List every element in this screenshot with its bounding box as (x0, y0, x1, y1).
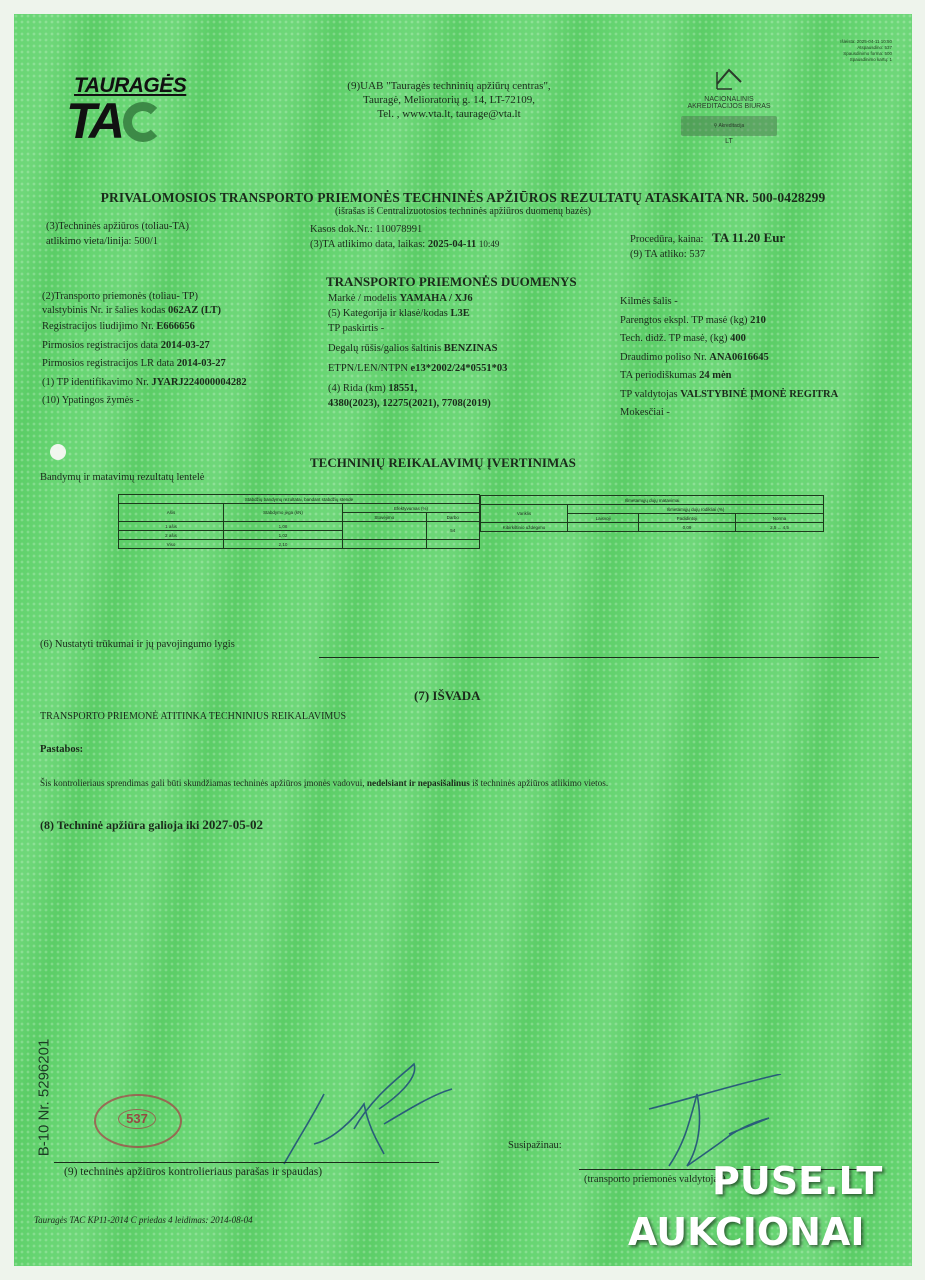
vin-value: JYARJ224000004282 (151, 377, 246, 388)
col-norm: Norma (735, 514, 823, 523)
period-value: 24 mėn (699, 370, 731, 381)
inspector-signature-label: (9) techninės apžiūros kontrolieriaus pa… (64, 1166, 322, 1178)
table-caption: Bandymų ir matavimų rezultatų lentelė (40, 472, 204, 483)
inspector-signature-line (54, 1162, 439, 1163)
reg-cert-label: Registracijos liudijimo Nr. (42, 321, 154, 332)
high-cell: 0,09 (639, 523, 736, 532)
col-emissions: Išmetamųjų dujų rodikliai (%) (568, 505, 824, 514)
place-value: atlikimo vieta/linija: 500/1 (46, 234, 189, 249)
mileage-value: 18551, (388, 383, 417, 394)
axle-cell: 2 ašis (119, 531, 224, 540)
engine-cell: Kibirkštinio uždegimo (481, 523, 568, 532)
company-info: (9)UAB "Tauragės techninių apžiūrų centr… (314, 79, 584, 121)
owner-signature-label: (transporto priemonės valdytojas) (584, 1174, 726, 1185)
accreditation-line2: AKREDITACIJOS BIURAS (669, 103, 789, 110)
etpn-label: ETPN/LEN/NTPN (328, 363, 408, 374)
table-row: Kibirkštinio uždegimo 0,09 2,5 ... 4,5 (481, 523, 824, 532)
special-marks: (10) Ypatingos žymės - (42, 392, 247, 411)
category-label: (5) Kategorija ir klasė/kodas (328, 308, 448, 319)
make-label: Markė / modelis (328, 293, 397, 304)
badge-text: Akreditacija (718, 123, 744, 129)
emissions-table: Išmetamųjų dujų matavimai Variklis Išmet… (480, 495, 824, 532)
manager-label: TP valdytojas (620, 389, 678, 400)
taxes: Mokesčiai - (620, 404, 838, 423)
parking-cell (343, 540, 427, 549)
place-label: (3)Techninės apžiūros (toliau-TA) (46, 219, 189, 234)
conclusion-heading: (7) IŠVADA (414, 688, 481, 704)
purpose: TP paskirtis - (328, 321, 507, 336)
plate-value: 062AZ (LT) (168, 305, 221, 316)
time-value: 10:49 (479, 239, 500, 249)
cash-doc: Kasos dok.Nr.: 110078991 (310, 222, 499, 237)
service-cell (426, 540, 479, 549)
punch-hole (50, 444, 66, 460)
vehicle-label: (2)Transporto priemonės (toliau- TP) (42, 290, 247, 304)
mileage-history: 4380(2023), 12275(2021), 7708(2019) (328, 396, 507, 411)
defects-line (319, 657, 879, 658)
force-cell: 1,02 (224, 531, 343, 540)
valid-label: (8) Techninė apžiūra galioja iki (40, 818, 199, 832)
vehicle-data-heading: TRANSPORTO PRIEMONĖS DUOMENYS (326, 274, 577, 290)
accreditation-country: LT (669, 138, 789, 145)
date-label: (3)TA atlikimo data, laikas: (310, 239, 425, 250)
accreditation-line1: NACIONALINIS (669, 96, 789, 103)
print-meta: Išleista: 2025-04-11 10:50 Atspausdino: … (840, 39, 892, 63)
origin: Kilmės šalis - (620, 293, 838, 312)
curb-mass-value: 210 (750, 315, 766, 326)
first-reg-value: 2014-03-27 (161, 340, 210, 351)
validity: (8) Techninė apžiūra galioja iki 2027-05… (40, 817, 263, 833)
notes-text: Šis kontrolieriaus sprendimas gali būti … (40, 778, 608, 788)
axle-cell: 1 ašis (119, 522, 224, 531)
col-force: Stabdymo jėga (kN) (224, 504, 343, 522)
report-subtitle: (išrašas iš Centralizuotosios techninės … (14, 206, 912, 217)
watermark-line1: PUSE.LT (712, 1159, 882, 1203)
norm-cell: 2,5 ... 4,5 (735, 523, 823, 532)
acknowledged-label: Susipažinau: (508, 1140, 562, 1151)
serial-number: B-10 Nr. 5296201 (36, 1028, 53, 1168)
vin-label: (1) TP identifikavimo Nr. (42, 377, 149, 388)
first-reg-label: Pirmosios registracijos data (42, 340, 158, 351)
insurance-label: Draudimo poliso Nr. (620, 352, 707, 363)
reg-cert-value: E666656 (156, 321, 195, 332)
logo-c-icon (123, 102, 163, 142)
notes-part1: Šis kontrolieriaus sprendimas gali būti … (40, 778, 365, 788)
inspection-date-block: Kasos dok.Nr.: 110078991 (3)TA atlikimo … (310, 222, 499, 252)
company-contacts: Tel. , www.vta.lt, taurage@vta.lt (314, 107, 584, 121)
emissions-table-title: Išmetamųjų dujų matavimai (481, 496, 824, 505)
valid-date: 2027-05-02 (202, 817, 263, 832)
idle-cell (568, 523, 639, 532)
vehicle-data: Markė / modelis YAMAHA / XJ6 (5) Kategor… (328, 291, 507, 411)
manager-value: VALSTYBINĖ ĮMONĖ REGITRA (680, 389, 838, 400)
company-address: Tauragė, Melioratorių g. 14, LT-72109, (314, 93, 584, 107)
curb-mass-label: Parengtos ekspl. TP masė (kg) (620, 315, 747, 326)
col-axle: Ašis (119, 504, 224, 522)
axle-cell: Viso (119, 540, 224, 549)
col-service: Darbo (426, 513, 479, 522)
fuel-value: BENZINAS (444, 343, 498, 354)
inspection-place: (3)Techninės apžiūros (toliau-TA) atliki… (46, 219, 189, 249)
magnifier-check-icon: ⚲ (714, 123, 718, 129)
col-efficiency: Efektyvumas (%) (343, 504, 480, 513)
requirements-heading: TECHNINIŲ REIKALAVIMŲ ĮVERTINIMAS (310, 455, 576, 471)
brake-table-title: Stabdžių bandymų rezultatai, bandant sta… (119, 495, 480, 504)
notes-label: Pastabos: (40, 744, 83, 755)
force-cell: 1,08 (224, 522, 343, 531)
logo-mark: TA (66, 96, 163, 146)
inspector-signature (274, 1034, 454, 1169)
notes-bold: nedelsiant ir nepasišalinus (367, 778, 470, 788)
period-label: TA periodiškumas (620, 370, 696, 381)
parking-cell (343, 522, 427, 540)
col-high: Padidintoji (639, 514, 736, 523)
notes-part2: iš techninės apžiūros atlikimo vietos. (472, 778, 608, 788)
table-row: 1 ašis 1,08 54 (119, 522, 480, 531)
watermark-line2: AUKCIONAI (628, 1210, 865, 1254)
col-parking: Stovėjimo (343, 513, 427, 522)
meta-line: Spausdinimo kartų: 1 (840, 57, 892, 63)
etpn-value: e13*2002/24*0551*03 (411, 363, 508, 374)
first-reg-lt-value: 2014-03-27 (177, 358, 226, 369)
fuel-label: Degalų rūšis/galios šaltinis (328, 343, 441, 354)
accreditation-badge: ⚲ Akreditacija (681, 116, 777, 136)
first-reg-lt-label: Pirmosios registracijos LR data (42, 358, 174, 369)
stamp-number: 537 (118, 1109, 156, 1129)
procedure-block: Procedūra, kaina: TA 11.20 Eur (9) TA at… (630, 230, 785, 262)
col-idle: Laisvoji (568, 514, 639, 523)
roof-icon (714, 62, 744, 92)
max-mass-label: Tech. didž. TP masė, (kg) (620, 333, 727, 344)
insurance-value: ANA0616645 (709, 352, 769, 363)
make-value: YAMAHA / XJ6 (399, 293, 472, 304)
logo-letters: TA (66, 93, 121, 149)
defects-label: (6) Nustatyti trūkumai ir jų pavojingumo… (40, 639, 235, 650)
date-value: 2025-04-11 (428, 239, 476, 250)
document-sheet: TAURAGĖS TA (9)UAB "Tauragės techninių a… (14, 14, 912, 1266)
table-row: Viso 2,10 (119, 540, 480, 549)
report-title: PRIVALOMOSIOS TRANSPORTO PRIEMONĖS TECHN… (14, 190, 912, 206)
force-cell: 2,10 (224, 540, 343, 549)
mileage-label: (4) Rida (km) (328, 383, 386, 394)
max-mass-value: 400 (730, 333, 746, 344)
category-value: L3E (450, 308, 469, 319)
performer: (9) TA atliko: 537 (630, 247, 785, 262)
service-eff-cell: 54 (426, 522, 479, 540)
brake-test-table: Stabdžių bandymų rezultatai, bandant sta… (118, 494, 480, 549)
col-engine: Variklis (481, 505, 568, 523)
form-note: Tauragės TAC KP11-2014 C priedas 4 leidi… (34, 1215, 253, 1225)
conclusion-text: TRANSPORTO PRIEMONĖ ATITINKA TECHNINIUS … (40, 711, 346, 722)
accreditation-logo: NACIONALINIS AKREDITACIJOS BIURAS ⚲ Akre… (669, 62, 789, 145)
form-serial: B-10 Nr. 5296201 (34, 1029, 50, 1169)
inspector-stamp: 537 (94, 1094, 182, 1148)
procedure-label: Procedūra, kaina: (630, 234, 703, 245)
plate-label: valstybinis Nr. ir šalies kodas (42, 305, 165, 316)
vehicle-identification: (2)Transporto priemonės (toliau- TP) val… (42, 290, 247, 411)
vehicle-extra: Kilmės šalis - Parengtos ekspl. TP masė … (620, 293, 838, 423)
procedure-value: TA 11.20 Eur (712, 230, 785, 245)
company-name: (9)UAB "Tauragės techninių apžiūrų centr… (314, 79, 584, 93)
